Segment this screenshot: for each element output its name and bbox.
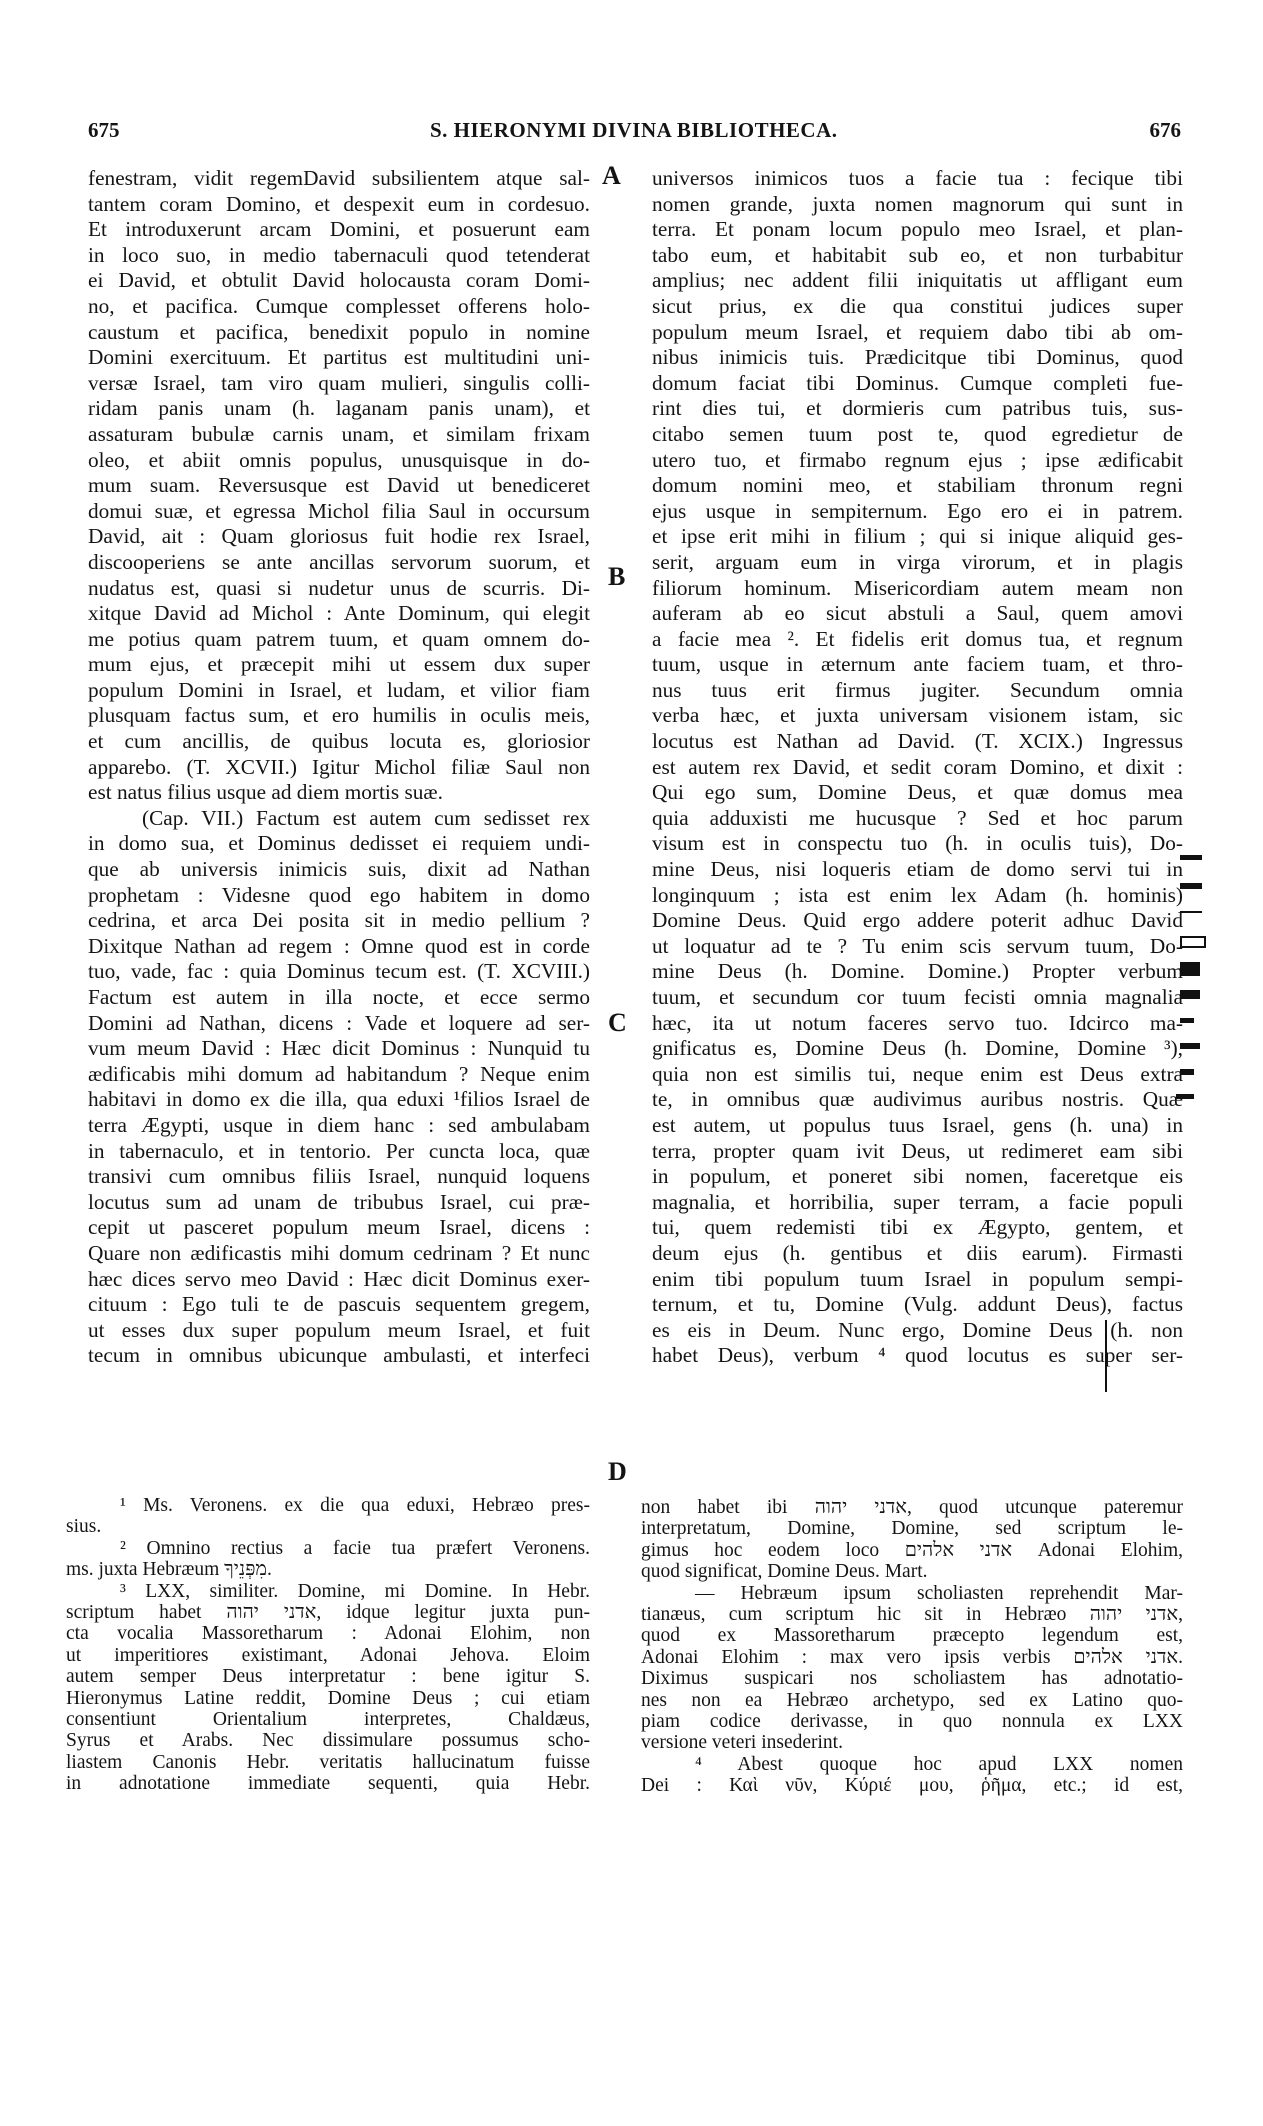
footnote-line: consentiunt Orientalium interpretes, Cha…	[66, 1709, 590, 1730]
text-line: tuum, usque in æternum ante faciem tuam,…	[652, 652, 1183, 678]
text-line: quia non est similis tui, neque enim est…	[652, 1062, 1183, 1088]
text-line: hæc dices servo meo David : Hæc dicit Do…	[88, 1267, 590, 1293]
right-column-text: universos inimicos tuos a facie tua : fe…	[652, 166, 1183, 1369]
text-line: in loco suo, in medio tabernaculi quod t…	[88, 243, 590, 269]
text-line: Qui ego sum, Domine Deus, et quæ domus m…	[652, 780, 1183, 806]
text-line: a facie mea ². Et fidelis erit domus tua…	[652, 627, 1183, 653]
footnote-line: ¹ Ms. Veronens. ex die qua eduxi, Hebræo…	[66, 1495, 590, 1516]
footnote-line: liastem Canonis Hebr. veritatis hallucin…	[66, 1752, 590, 1773]
text-line: xitque David ad Michol : Ante Dominum, q…	[88, 601, 590, 627]
text-line: ut loquatur ad te ? Tu enim scis servum …	[652, 934, 1183, 960]
text-line: quia adduxisti me hucusque ? Sed et hoc …	[652, 806, 1183, 832]
running-title: S. HIERONYMI DIVINA BIBLIOTHECA.	[430, 118, 838, 143]
running-header: 675 S. HIERONYMI DIVINA BIBLIOTHECA. 676	[88, 118, 1181, 148]
text-line: plusquam factus sum, et ero humilis in o…	[88, 703, 590, 729]
text-line: mine Deus, nisi loqueris etiam de domo s…	[652, 857, 1183, 883]
scan-artifact	[1180, 1018, 1194, 1023]
text-line: ædificabis mihi domum ad habitandum ? Ne…	[88, 1062, 590, 1088]
text-line: fenestram, vidit regemDavid subsilientem…	[88, 166, 590, 192]
text-line: cepit ut pasceret populum meum Israel, d…	[88, 1215, 590, 1241]
text-line: nomen grande, juxta nomen magnorum qui s…	[652, 192, 1183, 218]
text-line: gnificatus es, Domine Deus (h. Domine, D…	[652, 1036, 1183, 1062]
footnote-line: versione veteri insederint.	[641, 1732, 1183, 1753]
text-line: amplius; nec addent filii iniquitatis ut…	[652, 268, 1183, 294]
text-line: Domini ad Nathan, dicens : Vade et loque…	[88, 1011, 590, 1037]
text-line: David, ait : Quam gloriosus fuit hodie r…	[88, 524, 590, 550]
text-line: terra. Et ponam locum populo meo Israel,…	[652, 217, 1183, 243]
text-line: ternum, et tu, Domine (Vulg. addunt Deus…	[652, 1292, 1183, 1318]
scan-artifact	[1180, 1043, 1200, 1049]
text-line: ei David, et obtulit David holocausta co…	[88, 268, 590, 294]
footnote-line: cta vocalia Massoretharum : Adonai Elohi…	[66, 1623, 590, 1644]
text-line: Quare non ædificastis mihi domum cedrina…	[88, 1241, 590, 1267]
text-line: nibus inimicis tuis. Prædicitque tibi Do…	[652, 345, 1183, 371]
footnote-line: tianæus, cum scriptum hic sit in Hebræo …	[641, 1604, 1183, 1625]
footnote-line: ³ LXX, similiter. Domine, mi Domine. In …	[66, 1581, 590, 1602]
scan-artifact	[1180, 911, 1202, 913]
text-line: locutus est Nathan ad David. (T. XCIX.) …	[652, 729, 1183, 755]
scan-artifact	[1180, 883, 1202, 889]
text-line: et ipse erit mihi in filium ; qui si ini…	[652, 524, 1183, 550]
footnote-line: quod ex Massoretharum præcepto legendum …	[641, 1625, 1183, 1646]
text-line: versæ Israel, tam viro quam mulieri, sin…	[88, 371, 590, 397]
scan-artifact	[1105, 1320, 1107, 1392]
footnotes-right: non habet ibi אדני יהוה, quod utcunque p…	[641, 1497, 1183, 1796]
scan-artifact	[1180, 855, 1202, 860]
footnote-line: ut imperitiores existimant, Adonai Jehov…	[66, 1645, 590, 1666]
text-line: cedrina, et arca Dei posita sit in medio…	[88, 908, 590, 934]
text-line: in tabernaculo, et in tentorio. Per cunc…	[88, 1139, 590, 1165]
footnote-line: Dei : Καὶ νῦν, Κύριέ μου, ῥῆμα, etc.; id…	[641, 1775, 1183, 1796]
footnote-line: non habet ibi אדני יהוה, quod utcunque p…	[641, 1497, 1183, 1518]
text-line: transivi cum omnibus filiis Israel, nunq…	[88, 1164, 590, 1190]
text-line: domum nomini meo, et stabiliam thronum r…	[652, 473, 1183, 499]
text-line: me potius quam patrem tuum, et quam omne…	[88, 627, 590, 653]
text-line: prophetam : Videsne quod ego habitem in …	[88, 883, 590, 909]
footnote-line: scriptum habet אדני יהוה, idque legitur …	[66, 1602, 590, 1623]
footnote-line: ² Omnino rectius a facie tua præfert Ver…	[66, 1538, 590, 1559]
text-line: mum ejus, et præcepit mihi ut essem dux …	[88, 652, 590, 678]
scan-artifact	[1176, 1094, 1194, 1099]
text-line: Factum est autem in illa nocte, et ecce …	[88, 985, 590, 1011]
text-line: oleo, et abiit omnis populus, unusquisqu…	[88, 448, 590, 474]
text-line: filiorum hominum. Misericordiam autem me…	[652, 576, 1183, 602]
scan-artifact	[1180, 1069, 1194, 1075]
margin-letter-d: D	[608, 1457, 627, 1487]
footnote-line: nes non ea Hebræo archetypo, sed ex Lati…	[641, 1690, 1183, 1711]
text-line: ridam panis unam (h. laganam panis unam)…	[88, 396, 590, 422]
text-line: et cum ancillis, de quibus locuta es, gl…	[88, 729, 590, 755]
footnote-line: in adnotatione immediate sequenti, quia …	[66, 1773, 590, 1794]
text-line: Domini exercituum. Et partitus est multi…	[88, 345, 590, 371]
text-line: Dixitque Nathan ad regem : Omne quod est…	[88, 934, 590, 960]
scan-artifact	[1180, 962, 1200, 976]
footnote-line: Syrus et Arabs. Nec dissimulare possumus…	[66, 1730, 590, 1751]
book-page: 675 S. HIERONYMI DIVINA BIBLIOTHECA. 676…	[0, 0, 1263, 2126]
footnote-line: gimus hoc eodem loco אדני אלהים Adonai E…	[641, 1540, 1183, 1561]
text-line: Et introduxerunt arcam Domini, et posuer…	[88, 217, 590, 243]
footnote-line: interpretatum, Domine, Domine, sed scrip…	[641, 1518, 1183, 1539]
text-line: terra Ægypti, usque in diem hanc : sed a…	[88, 1113, 590, 1139]
text-line: utero tuo, et firmabo regnum ejus ; ipse…	[652, 448, 1183, 474]
text-line: universos inimicos tuos a facie tua : fe…	[652, 166, 1183, 192]
text-line: populum meum Israel, et requiem dabo tib…	[652, 320, 1183, 346]
text-line: tantem coram Domino, et despexit eum in …	[88, 192, 590, 218]
text-line: auferam ab eo sicut abstuli a Saul, quem…	[652, 601, 1183, 627]
text-line: ejus usque in sempiternum. Ego ero ei in…	[652, 499, 1183, 525]
text-line: habet Deus), verbum ⁴ quod locutus es su…	[652, 1343, 1183, 1369]
text-line: habitavi in domo ex die illa, qua eduxi …	[88, 1087, 590, 1113]
footnote-line: piam codice derivasse, in quo nonnula ex…	[641, 1711, 1183, 1732]
text-line: mine Deus (h. Domine. Domine.) Propter v…	[652, 959, 1183, 985]
text-line: Domine Deus. Quid ergo addere poterit ad…	[652, 908, 1183, 934]
text-line: caustum et pacifica, benedixit populo in…	[88, 320, 590, 346]
text-line: apparebo. (T. XCVII.) Igitur Michol fili…	[88, 755, 590, 781]
margin-letter-a: A	[602, 161, 621, 191]
text-line: est natus filius usque ad diem mortis su…	[88, 780, 590, 806]
text-line: ut esses dux super populum meum Israel, …	[88, 1318, 590, 1344]
footnote-line: Adonai Elohim : max vero ipsis verbis אד…	[641, 1647, 1183, 1668]
text-line: populum Domini in Israel, et ludam, et v…	[88, 678, 590, 704]
footnotes-left: ¹ Ms. Veronens. ex die qua eduxi, Hebræo…	[66, 1495, 590, 1794]
footnote-line: Diximus suspicari nos scholiastem has ad…	[641, 1668, 1183, 1689]
scan-artifact	[1180, 936, 1206, 948]
text-line: deum ejus (h. gentibus et diis earum). F…	[652, 1241, 1183, 1267]
text-line: enim tibi populum tuum Israel in populum…	[652, 1267, 1183, 1293]
text-line: nus tuus erit firmus jugiter. Secundum o…	[652, 678, 1183, 704]
text-line: (Cap. VII.) Factum est autem cum sedisse…	[88, 806, 590, 832]
margin-letter-b: B	[608, 562, 625, 592]
left-column-text: fenestram, vidit regemDavid subsilientem…	[88, 166, 590, 1369]
text-line: que ab universis inimicis suis, dixit ad…	[88, 857, 590, 883]
text-line: tuo, vade, fac : quia Dominus tecum est.…	[88, 959, 590, 985]
footnote-line: autem semper Deus interpretatur : bene i…	[66, 1666, 590, 1687]
text-line: domum faciat tibi Dominus. Cumque comple…	[652, 371, 1183, 397]
text-line: in populum, et poneret sibi nomen, facer…	[652, 1164, 1183, 1190]
page-number-right: 676	[1150, 118, 1182, 143]
text-line: domui suæ, et egressa Michol filia Saul …	[88, 499, 590, 525]
text-line: est autem, ut populus tuus Israel, gens …	[652, 1113, 1183, 1139]
text-line: tabo eum, et habitabit sub eo, et non tu…	[652, 243, 1183, 269]
text-line: no, et pacifica. Cumque complesset offer…	[88, 294, 590, 320]
text-line: es eis in Deum. Nunc ergo, Domine Deus (…	[652, 1318, 1183, 1344]
text-line: rint dies tui, et dormieris cum patribus…	[652, 396, 1183, 422]
text-line: visum est in conspectu tuo (h. in oculis…	[652, 831, 1183, 857]
text-line: tuum, et secundum cor tuum fecisti omnia…	[652, 985, 1183, 1011]
text-line: tui, quem redemisti tibi ex Ægypto, gent…	[652, 1215, 1183, 1241]
text-line: tecum in omnibus ubicunque ambulasti, et…	[88, 1343, 590, 1369]
margin-letter-c: C	[608, 1008, 627, 1038]
text-line: hæc, ita ut notum faceres servo tuo. Idc…	[652, 1011, 1183, 1037]
text-line: in domo sua, et Dominus dedisset ei requ…	[88, 831, 590, 857]
page-number-left: 675	[88, 118, 120, 143]
scan-artifact	[1180, 990, 1200, 999]
text-line: vum meum David : Hæc dicit Dominus : Nun…	[88, 1036, 590, 1062]
text-line: cituum : Ego tuli te de pascuis sequente…	[88, 1292, 590, 1318]
text-line: magnalia, et horribilia, super terram, a…	[652, 1190, 1183, 1216]
text-line: te, in omnibus quæ audivimus auribus nos…	[652, 1087, 1183, 1113]
text-line: sicut prius, ex die qua constitui judice…	[652, 294, 1183, 320]
footnote-line: — Hebræum ipsum scholiasten reprehendit …	[641, 1583, 1183, 1604]
text-line: assaturam bubulæ carnis unam, et similam…	[88, 422, 590, 448]
text-line: terra, propter quam ivit Deus, ut redime…	[652, 1139, 1183, 1165]
footnote-line: ⁴ Abest quoque hoc apud LXX nomen	[641, 1754, 1183, 1775]
text-line: longinquum ; ista est enim lex Adam (h. …	[652, 883, 1183, 909]
footnote-line: Hieronymus Latine reddit, Domine Deus ; …	[66, 1688, 590, 1709]
text-line: nudatus est, quasi si nudetur unus de sc…	[88, 576, 590, 602]
footnote-line: quod significat, Domine Deus. Mart.	[641, 1561, 1183, 1582]
text-line: est autem rex David, et sedit coram Domi…	[652, 755, 1183, 781]
text-line: serit, arguam eum in virga virorum, et i…	[652, 550, 1183, 576]
text-line: locutus sum ad unam de tribubus Israel, …	[88, 1190, 590, 1216]
text-line: verba hæc, et juxta universam visionem i…	[652, 703, 1183, 729]
text-line: citabo semen tuum post te, quod egrediet…	[652, 422, 1183, 448]
footnote-line: sius.	[66, 1516, 590, 1537]
footnote-line: ms. juxta Hebræum מִפְּנֵיךָ.	[66, 1559, 590, 1580]
text-line: mum suam. Reversusque est David ut bened…	[88, 473, 590, 499]
text-line: discooperiens se ante ancillas servorum …	[88, 550, 590, 576]
